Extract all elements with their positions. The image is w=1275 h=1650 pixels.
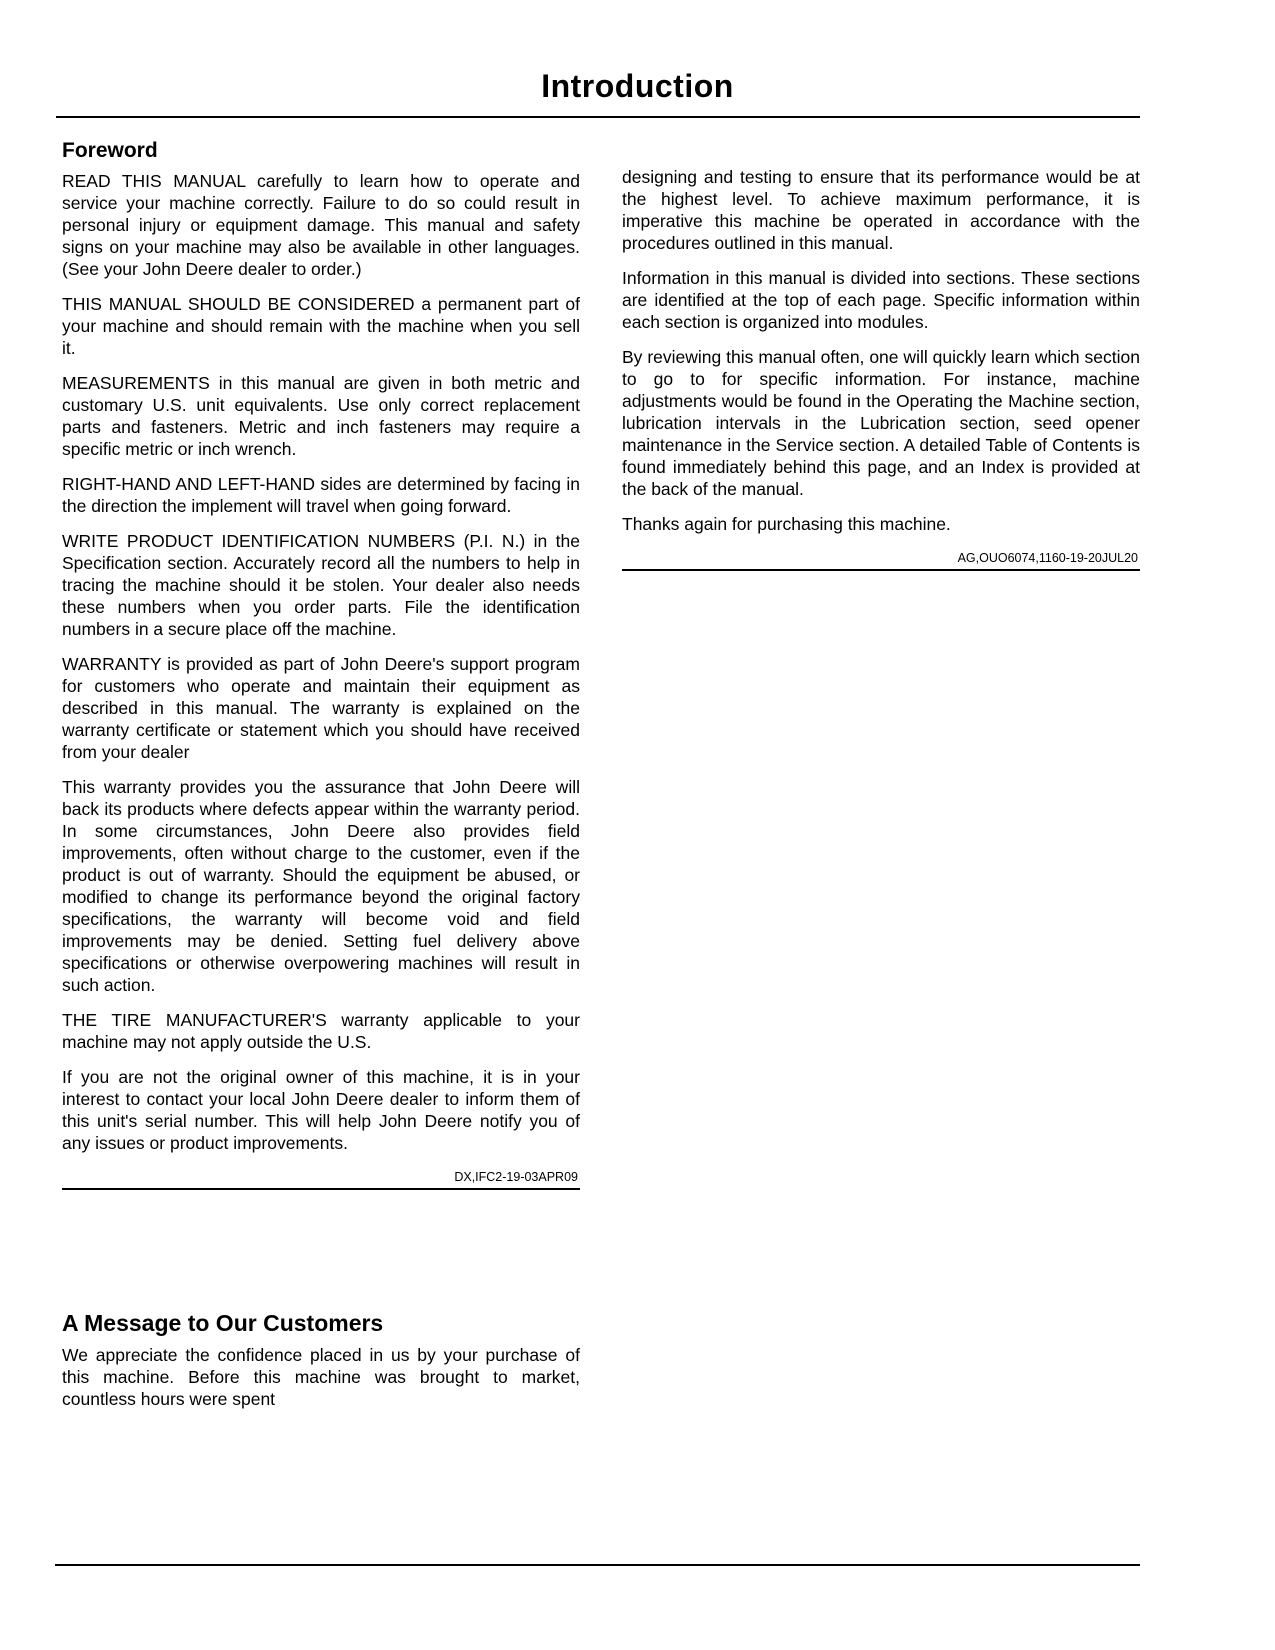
foreword-paragraph: WRITE PRODUCT IDENTIFICATION NUMBERS (P.… <box>62 530 580 640</box>
right-column: designing and testing to ensure that its… <box>622 139 1140 1423</box>
foreword-paragraph: RIGHT-HAND AND LEFT-HAND sides are deter… <box>62 473 580 517</box>
foreword-paragraph: THIS MANUAL SHOULD BE CONSIDERED a perma… <box>62 293 580 359</box>
body-paragraph: Information in this manual is divided in… <box>622 267 1140 333</box>
body-paragraph: Thanks again for purchasing this machine… <box>622 513 1140 535</box>
reference-code-foreword: DX,IFC2-19-03APR09 <box>62 1170 580 1184</box>
message-paragraph: We appreciate the confidence placed in u… <box>62 1344 580 1410</box>
foreword-paragraph: THE TIRE MANUFACTURER'S warranty applica… <box>62 1009 580 1053</box>
body-paragraph: designing and testing to ensure that its… <box>622 166 1140 254</box>
title-divider <box>56 116 1140 118</box>
foreword-heading: Foreword <box>62 139 580 163</box>
message-section-divider <box>622 569 1140 571</box>
foreword-paragraph: WARRANTY is provided as part of John Dee… <box>62 653 580 763</box>
foreword-paragraph: MEASUREMENTS in this manual are given in… <box>62 372 580 460</box>
foreword-paragraph: READ THIS MANUAL carefully to learn how … <box>62 170 580 280</box>
body-paragraph: By reviewing this manual often, one will… <box>622 346 1140 500</box>
message-heading: A Message to Our Customers <box>62 1310 580 1336</box>
page-title: Introduction <box>57 0 1218 105</box>
foreword-paragraph: If you are not the original owner of thi… <box>62 1066 580 1154</box>
footer-divider <box>55 1564 1140 1566</box>
manual-page: Introduction Foreword READ THIS MANUAL c… <box>0 0 1275 1650</box>
left-column: Foreword READ THIS MANUAL carefully to l… <box>62 139 580 1423</box>
foreword-section-divider <box>62 1188 580 1190</box>
foreword-paragraph: This warranty provides you the assurance… <box>62 776 580 996</box>
two-column-body: Foreword READ THIS MANUAL carefully to l… <box>62 139 1275 1423</box>
reference-code-message: AG,OUO6074,1160-19-20JUL20 <box>622 551 1140 565</box>
